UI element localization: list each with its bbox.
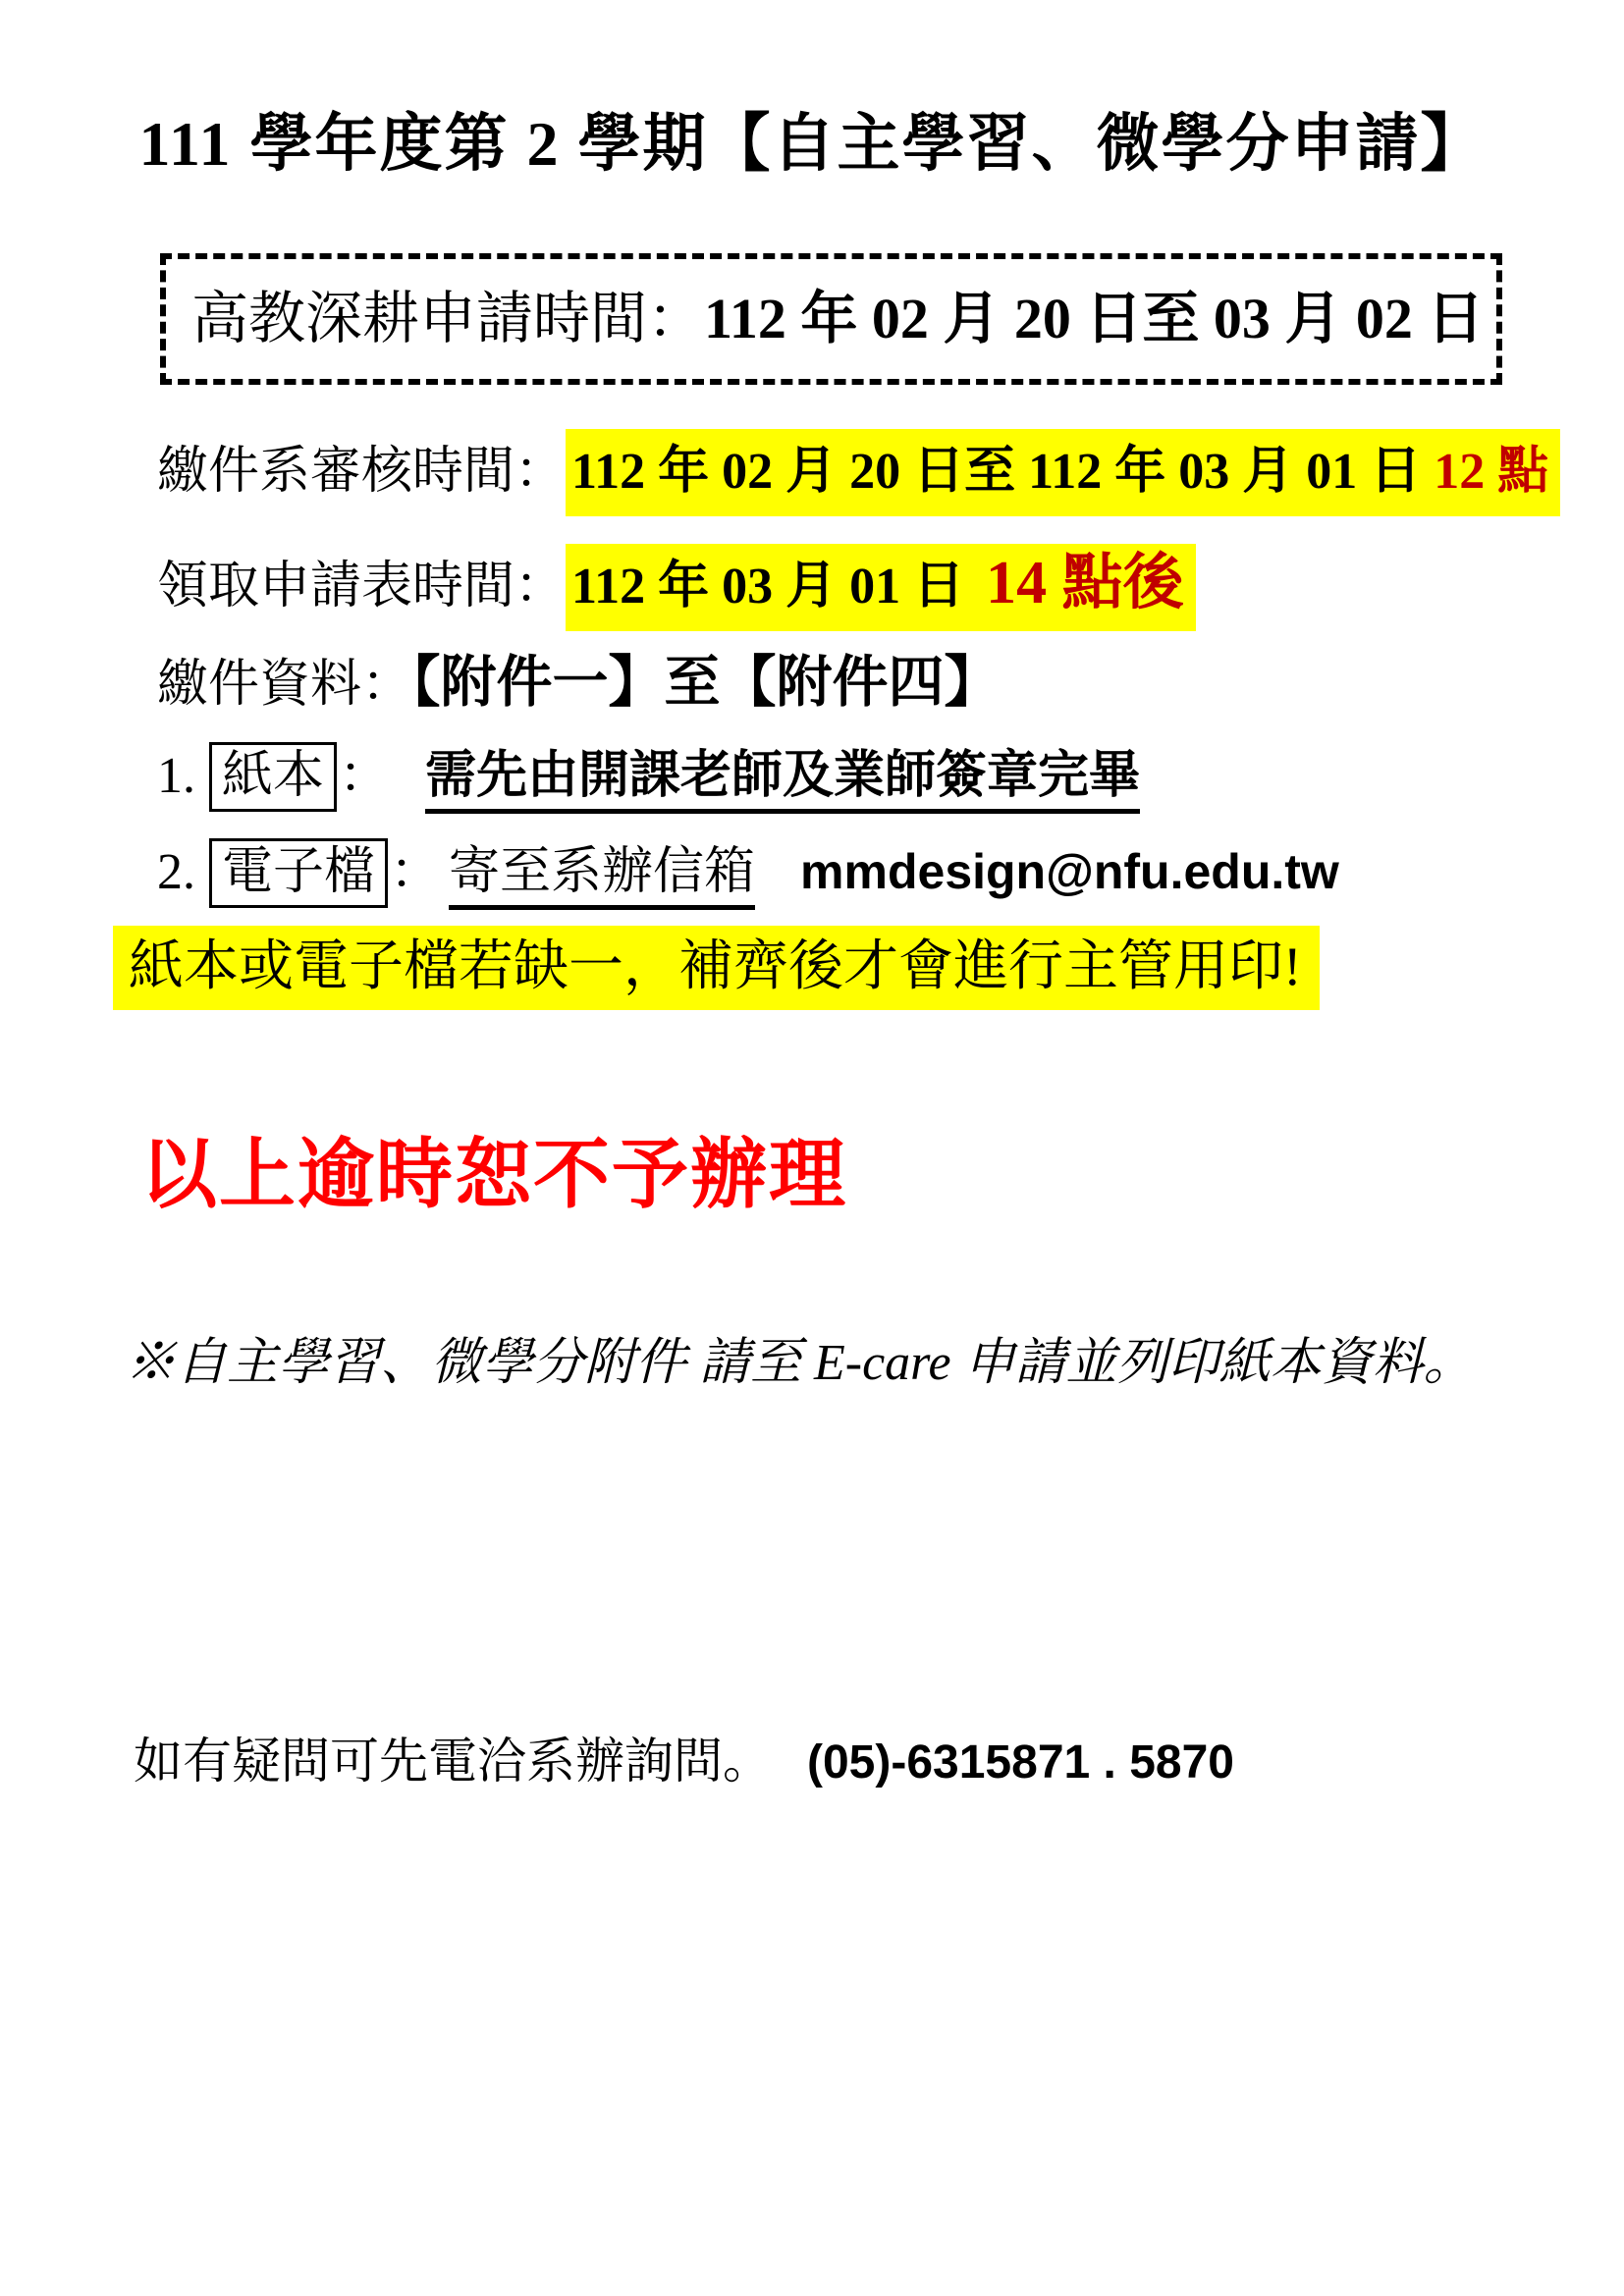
contact-phone: (05)-6315871 . 5870	[807, 1736, 1234, 1789]
item1-colon: ：	[339, 748, 390, 804]
materials-attachment-range: 【附件一】至【附件四】	[412, 652, 1001, 714]
page-title: 111 學年度第 2 學期【自主學習、微學分申請】	[0, 110, 1624, 179]
contact-text: 如有疑問可先電洽系辦詢問。	[134, 1734, 772, 1789]
item1-instruction: 需先由開課老師及業師簽章完畢	[425, 748, 1140, 814]
list-item-efile: 2.電子檔：寄至系辦信箱mmdesign@nfu.edu.tw	[157, 838, 1339, 908]
review-time-row: 繳件系審核時間：112 年 02 月 20 日至 112 年 03 月 01 日…	[157, 440, 1560, 504]
deadline-notice-box: 高教深耕申請時間：112 年 02 月 20 日至 03 月 02 日	[160, 253, 1502, 385]
item2-colon: ：	[390, 844, 441, 900]
review-deadline: 12 點	[1434, 444, 1548, 500]
pickup-deadline: 14 點後	[986, 550, 1184, 616]
department-email: mmdesign@nfu.edu.tw	[800, 844, 1339, 899]
pickup-label: 領取申請表時間：	[157, 559, 566, 614]
review-highlight: 112 年 02 月 20 日至 112 年 03 月 01 日 12 點	[566, 429, 1560, 516]
materials-label: 繳件資料：	[157, 657, 412, 713]
review-period: 112 年 02 月 20 日至 112 年 03 月 01 日	[571, 444, 1434, 500]
item2-number: 2.	[157, 844, 195, 900]
list-item-paper: 1.紙本：需先由開課老師及業師簽章完畢	[157, 742, 1140, 812]
warning-row: 紙本或電子檔若缺一，補齊後才會進行主管用印!	[113, 926, 1320, 1010]
review-label: 繳件系審核時間：	[157, 444, 566, 500]
pickup-time-row: 領取申請表時間：112 年 03 月 01 日14 點後	[157, 546, 1196, 622]
item2-instruction: 寄至系辦信箱	[449, 844, 755, 910]
item2-tag-efile: 電子檔	[209, 838, 388, 908]
ecare-note: ※自主學習、微學分附件 請至 E-care 申請並列印紙本資料。	[125, 1331, 1475, 1395]
materials-row: 繳件資料：【附件一】至【附件四】	[157, 648, 1001, 718]
overdue-heading: 以上逾時恕不予辦理	[140, 1127, 847, 1223]
warning-highlight: 紙本或電子檔若缺一，補齊後才會進行主管用印!	[113, 926, 1320, 1010]
pickup-period: 112 年 03 月 01 日	[571, 559, 964, 614]
item1-tag-paper: 紙本	[209, 742, 337, 812]
pickup-highlight: 112 年 03 月 01 日14 點後	[566, 544, 1196, 631]
notice-dates: 112 年 02 月 20 日至 03 月 02 日	[704, 287, 1484, 350]
item1-number: 1.	[157, 748, 195, 804]
document-page: 111 學年度第 2 學期【自主學習、微學分申請】 高教深耕申請時間：112 年…	[0, 0, 1624, 2296]
contact-row: 如有疑問可先電洽系辦詢問。(05)-6315871 . 5870	[134, 1731, 1234, 1792]
notice-label: 高教深耕申請時間：	[191, 287, 704, 350]
